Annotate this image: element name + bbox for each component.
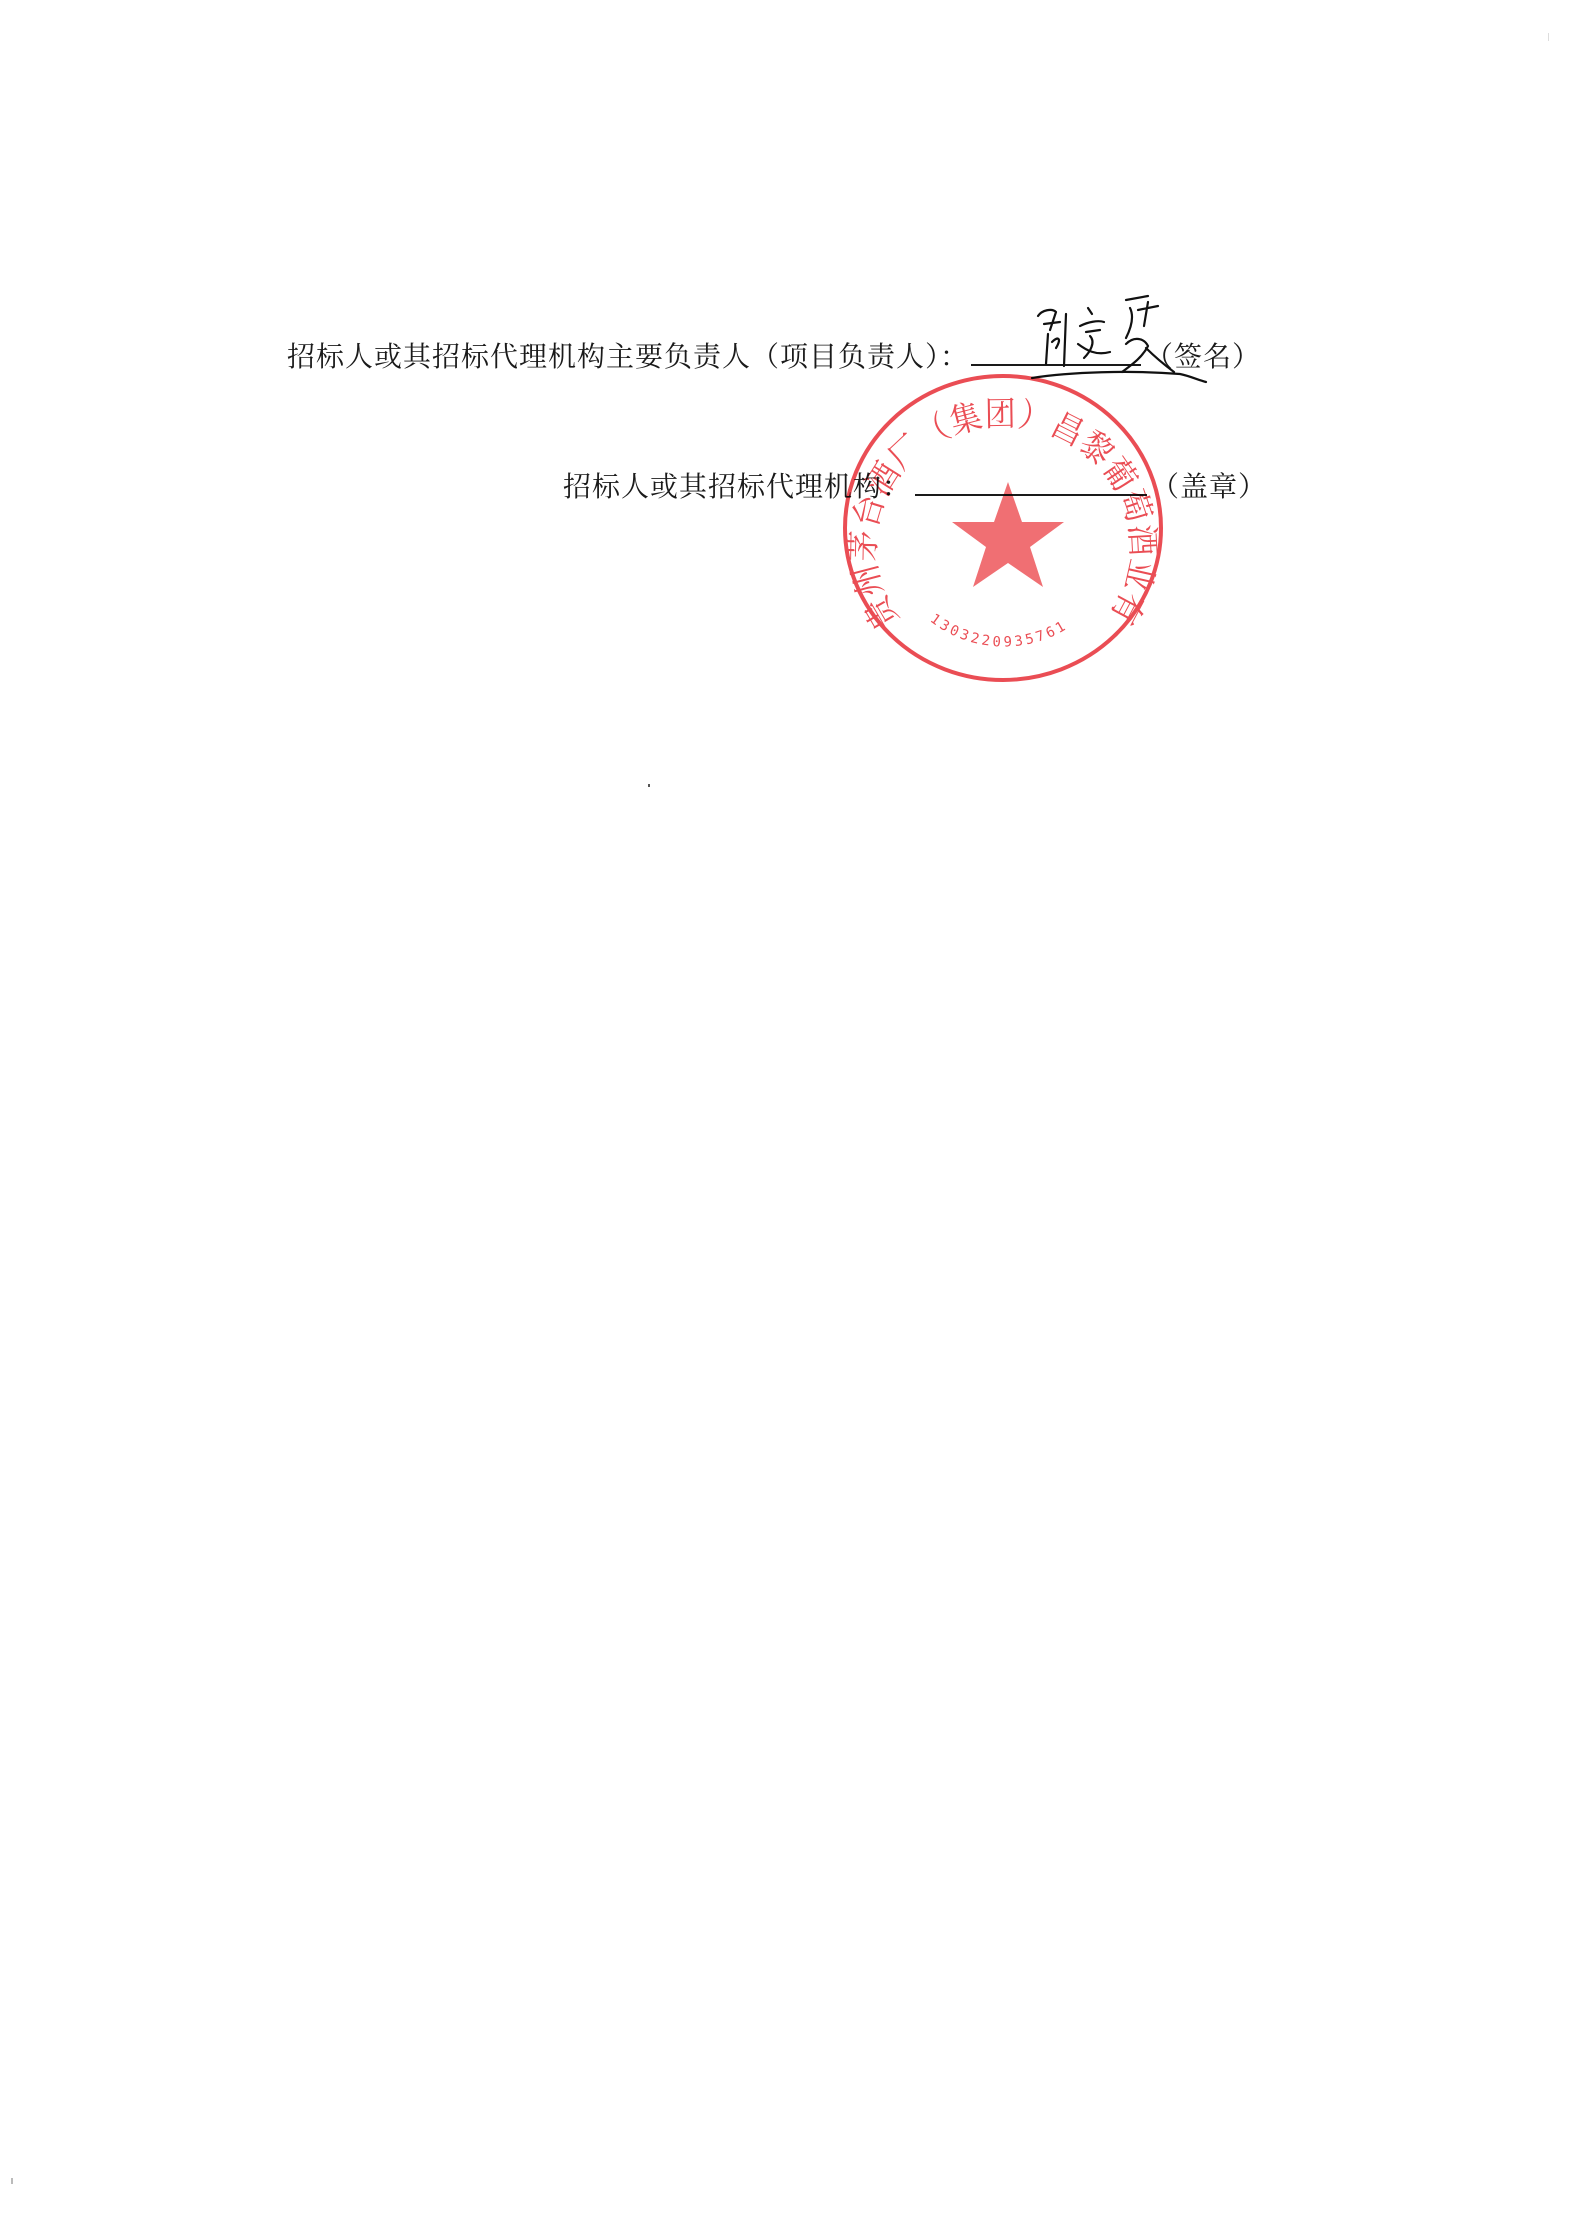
svg-text:贵州茅台酒厂（集团）昌黎葡萄酒业有限公司: 贵州茅台酒厂（集团）昌黎葡萄酒业有限公司	[838, 370, 1163, 636]
seal-arc-text: 贵州茅台酒厂（集团）昌黎葡萄酒业有限公司	[838, 370, 1163, 636]
company-seal: 贵州茅台酒厂（集团）昌黎葡萄酒业有限公司 1303220935761	[838, 370, 1168, 686]
principal-signature-label: 招标人或其招标代理机构主要负责人（项目负责人）：	[287, 340, 969, 374]
star-icon	[952, 482, 1064, 587]
seal-number: 1303220935761	[927, 611, 1071, 651]
scan-speck	[11, 2178, 13, 2184]
svg-text:1303220935761: 1303220935761	[927, 611, 1071, 651]
scan-speck	[1548, 33, 1549, 41]
seal-suffix: （盖章）	[1151, 470, 1267, 503]
scan-speck	[648, 784, 650, 787]
